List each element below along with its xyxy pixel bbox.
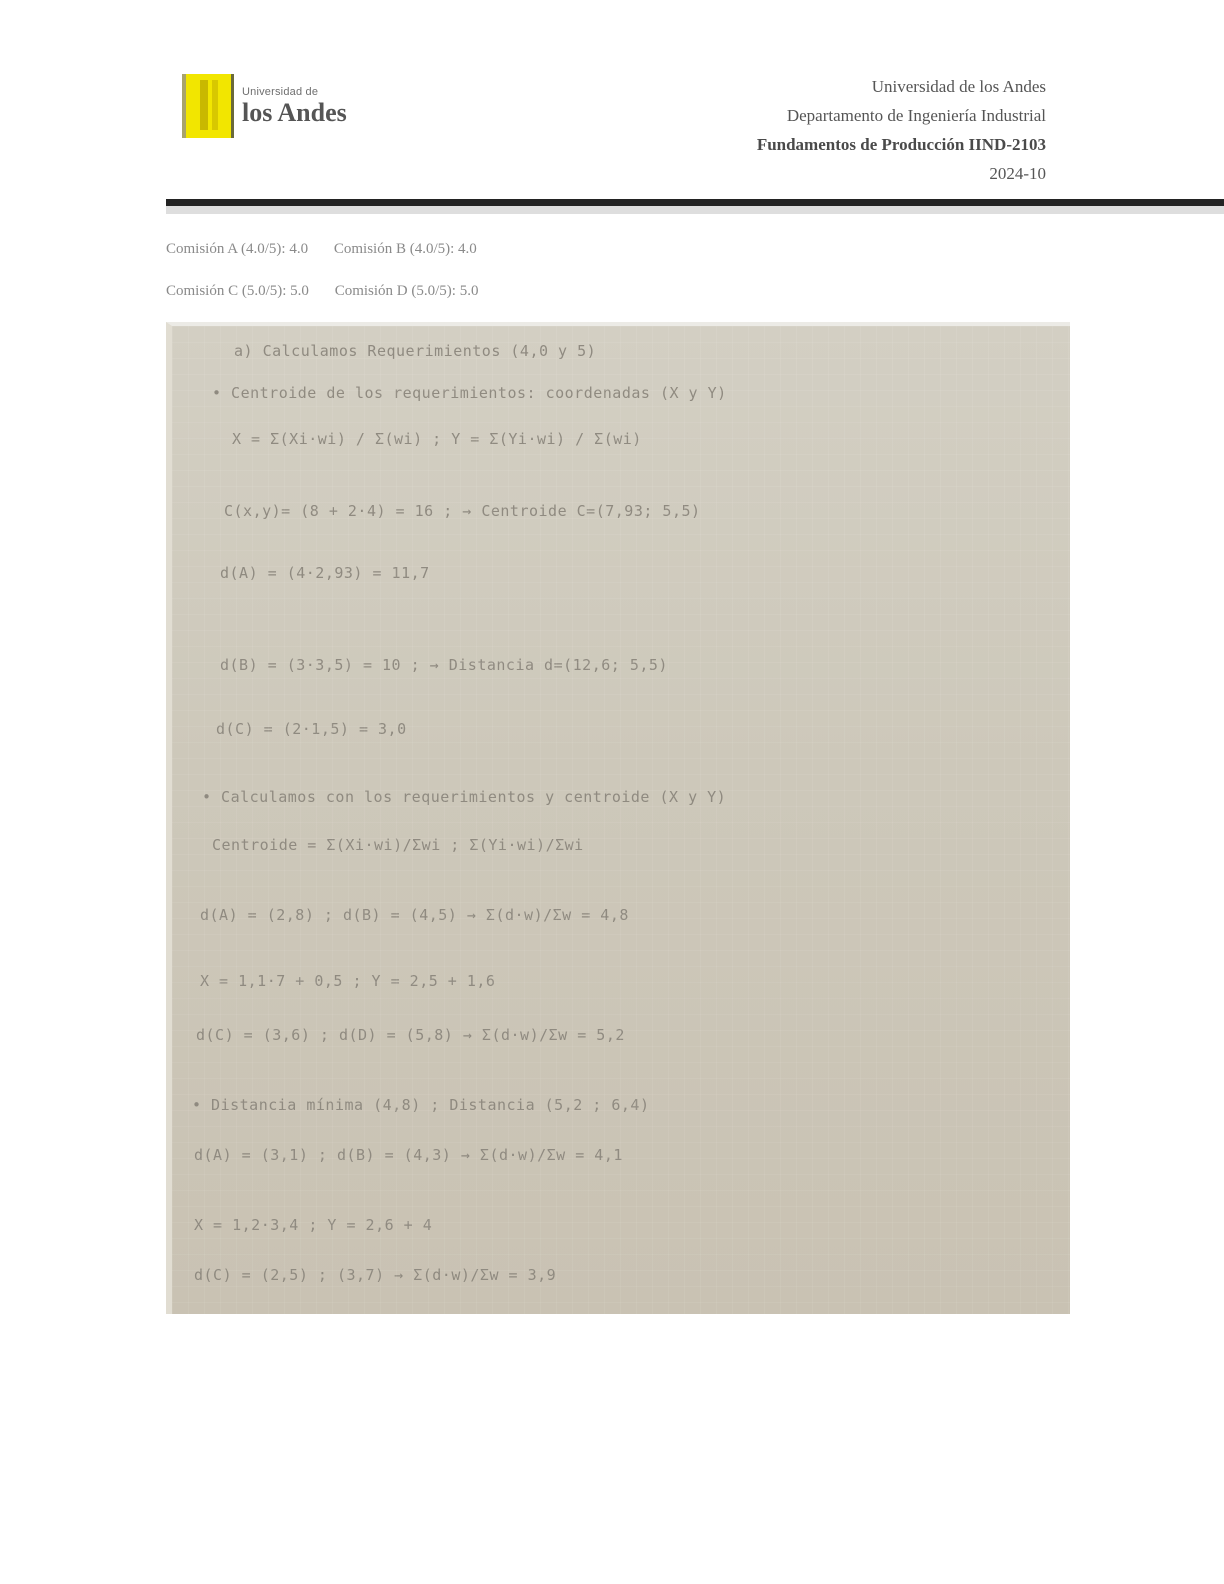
handwritten-line: d(C) = (2,5) ; (3,7) → Σ(d·w)/Σw = 3,9 (194, 1266, 556, 1284)
logo-emblem-icon (182, 74, 234, 138)
logo-wordmark: Universidad de los Andes (242, 87, 347, 126)
header-term: 2024-10 (757, 159, 1046, 188)
handwritten-line: • Calculamos con los requerimientos y ce… (202, 788, 726, 806)
handwritten-line: d(B) = (3·3,5) = 10 ; → Distancia d=(12,… (220, 656, 668, 674)
grade-item: Comisión C (5.0/5): 5.0 (166, 283, 309, 299)
logo-small-text: Universidad de (242, 87, 347, 98)
handwritten-line: X = Σ(Xi·wi) / Σ(wi) ; Y = Σ(Yi·wi) / Σ(… (232, 430, 642, 448)
document-header: Universidad de los Andes Departamento de… (757, 72, 1046, 188)
handwritten-line: X = 1,2·3,4 ; Y = 2,6 + 4 (194, 1216, 432, 1234)
handwritten-line: d(A) = (4·2,93) = 11,7 (220, 564, 430, 582)
header-divider-shadow (166, 206, 1224, 214)
grades-row-1: Comisión A (4.0/5): 4.0 Comisión B (4.0/… (166, 241, 477, 258)
grade-item: Comisión D (5.0/5): 5.0 (335, 283, 479, 299)
handwritten-line: C(x,y)= (8 + 2·4) = 16 ; → Centroide C=(… (224, 502, 701, 520)
header-divider (166, 199, 1224, 206)
handwritten-line: d(C) = (2·1,5) = 3,0 (216, 720, 407, 738)
handwritten-line: Centroide = Σ(Xi·wi)/Σwi ; Σ(Yi·wi)/Σwi (212, 836, 584, 854)
handwritten-line: d(A) = (3,1) ; d(B) = (4,3) → Σ(d·w)/Σw … (194, 1146, 623, 1164)
header-institution: Universidad de los Andes (757, 72, 1046, 101)
handwritten-notes-photo: a) Calculamos Requerimientos (4,0 y 5) •… (166, 322, 1070, 1314)
handwritten-line: • Distancia mínima (4,8) ; Distancia (5,… (192, 1096, 649, 1114)
header-course: Fundamentos de Producción IIND-2103 (757, 130, 1046, 159)
grade-item: Comisión B (4.0/5): 4.0 (334, 241, 477, 257)
grades-row-2: Comisión C (5.0/5): 5.0 Comisión D (5.0/… (166, 283, 478, 300)
logo-big-text: los Andes (242, 100, 347, 126)
handwritten-line: • Centroide de los requerimientos: coord… (212, 384, 727, 402)
handwritten-line: d(A) = (2,8) ; d(B) = (4,5) → Σ(d·w)/Σw … (200, 906, 629, 924)
handwritten-line: d(C) = (3,6) ; d(D) = (5,8) → Σ(d·w)/Σw … (196, 1026, 625, 1044)
grade-item: Comisión A (4.0/5): 4.0 (166, 241, 308, 257)
header-department: Departamento de Ingeniería Industrial (757, 101, 1046, 130)
university-logo: Universidad de los Andes (182, 72, 402, 140)
handwritten-line: a) Calculamos Requerimientos (4,0 y 5) (234, 342, 596, 360)
handwritten-line: X = 1,1·7 + 0,5 ; Y = 2,5 + 1,6 (200, 972, 495, 990)
